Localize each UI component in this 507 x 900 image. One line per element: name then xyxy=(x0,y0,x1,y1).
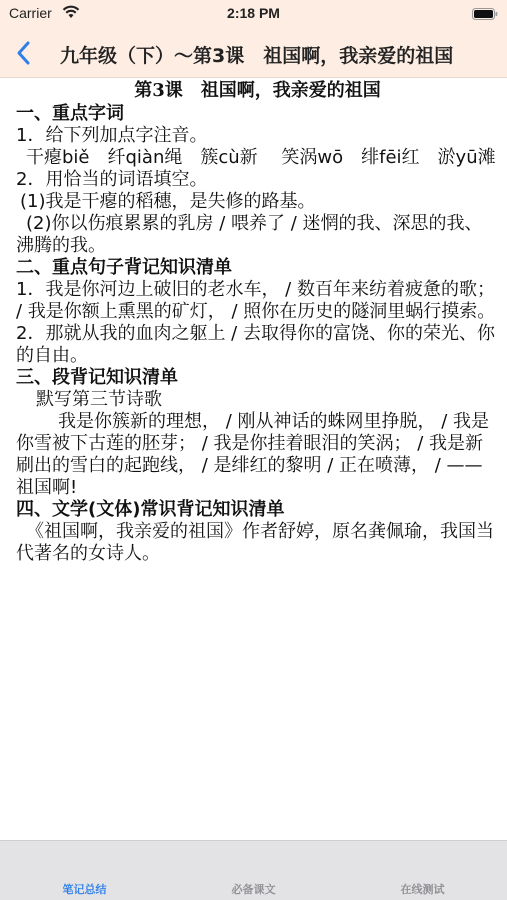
paragraph: (1)我是干瘪的稻穗，是失修的路基。 xyxy=(16,191,499,213)
navigation-bar: 九年级（下）～第3课 祖国啊，我亲爱的祖国 xyxy=(0,28,507,78)
paragraph: (2)你以伤痕累累的乳房 / 喂养了 / 迷惘的我、深思的我、沸腾的我。 xyxy=(16,213,499,257)
tab-bar: 笔记总结 必备课文 在线测试 xyxy=(0,840,507,900)
paragraph: 1．我是你河边上破旧的老水车， / 数百年来纺着疲惫的歌； / 我是你额上熏黑的… xyxy=(16,279,499,323)
paragraph: 《祖国啊，我亲爱的祖国》作者舒婷，原名龚佩瑜，我国当代著名的女诗人。 xyxy=(16,521,499,565)
section-heading: 二、重点句子背记知识清单 xyxy=(16,257,499,279)
tab-online-test[interactable]: 在线测试 xyxy=(338,881,507,897)
paragraph: 1．给下列加点字注音。 xyxy=(16,125,499,147)
chevron-left-icon[interactable] xyxy=(14,40,34,66)
section-heading: 四、文学(文体)常识背记知识清单 xyxy=(16,499,499,521)
page-title: 九年级（下）～第3课 祖国啊，我亲爱的祖国 xyxy=(60,41,485,68)
paragraph: 我是你簇新的理想， / 刚从神话的蛛网里挣脱， / 我是你雪被下古莲的胚芽； /… xyxy=(16,411,499,499)
document-title: 第3课 祖国啊，我亲爱的祖国 xyxy=(16,79,499,103)
paragraph: 2．用恰当的词语填空。 xyxy=(16,169,499,191)
paragraph: 2．那就从我的血肉之躯上 / 去取得你的富饶、你的荣光、你的自由。 xyxy=(16,323,499,367)
section-heading: 一、重点字词 xyxy=(16,103,499,125)
document-content[interactable]: 第3课 祖国啊，我亲爱的祖国 一、重点字词 1．给下列加点字注音。 干瘪biě … xyxy=(0,79,507,839)
status-bar: Carrier 2:18 PM xyxy=(0,0,507,28)
status-time: 2:18 PM xyxy=(0,5,507,21)
tab-notes-summary[interactable]: 笔记总结 xyxy=(0,881,169,897)
section-heading: 三、段背记知识清单 xyxy=(16,367,499,389)
tab-required-texts[interactable]: 必备课文 xyxy=(169,881,338,897)
battery-icon xyxy=(472,8,498,20)
paragraph: 默写第三节诗歌 xyxy=(16,389,499,411)
paragraph: 干瘪biě 纤qiàn绳 簇cù新 笑涡wō 绯fēi红 淤yū滩 xyxy=(16,147,499,169)
